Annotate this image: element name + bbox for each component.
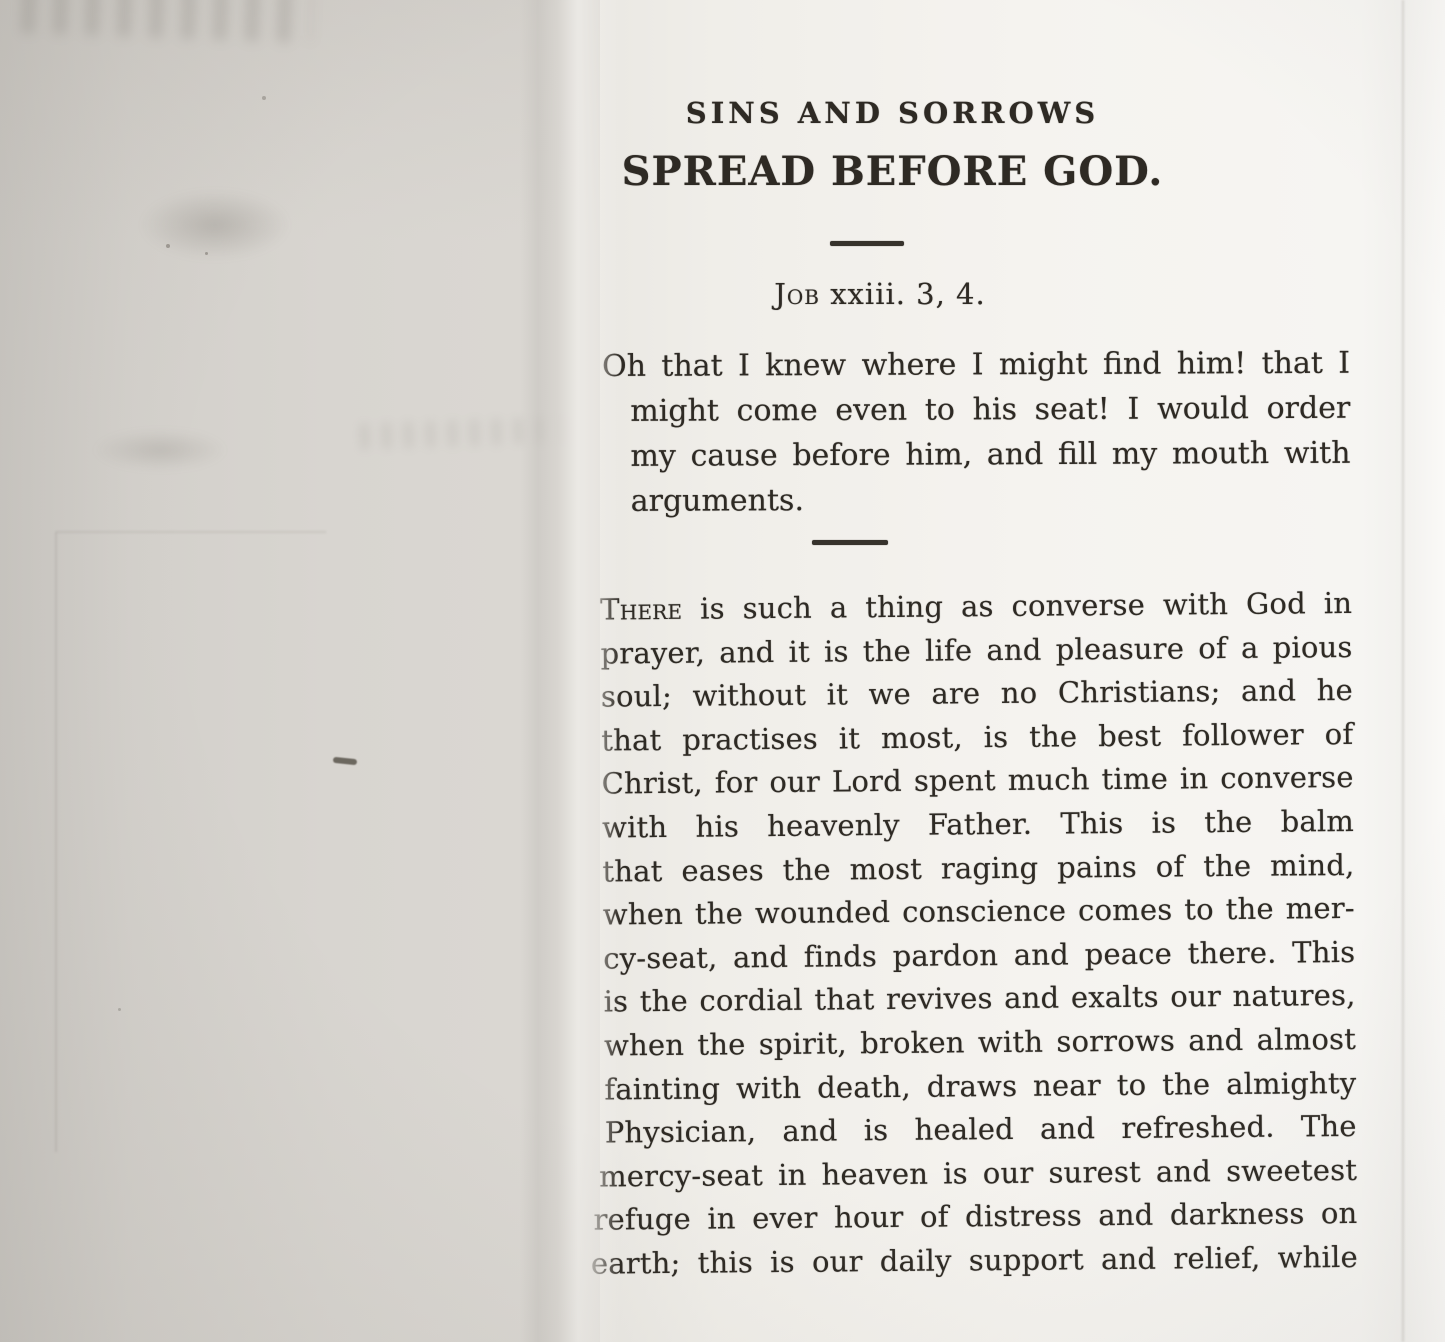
- paper-speck: [166, 244, 170, 248]
- body-text-line: is the cordial that revives and exalts o…: [603, 974, 1355, 1024]
- body-text-line: cy-seat, and finds pardon and peace ther…: [603, 931, 1355, 981]
- body-text-line-rest: is such a thing as converse with God in: [682, 586, 1352, 626]
- epigraph-line: arguments.: [603, 476, 1351, 524]
- scripture-reference: Job xxiii. 3, 4.: [600, 277, 1160, 311]
- book-page-photo: SINS AND SORROWS SPREAD BEFORE GOD. Job …: [0, 0, 1445, 1342]
- page-title: SPREAD BEFORE GOD.: [600, 148, 1185, 195]
- showthrough-frame-horizontal: [56, 531, 326, 533]
- body-text-line: that eases the most raging pains of the …: [602, 844, 1354, 894]
- scripture-book: Job: [774, 277, 820, 311]
- body-text-line: There is such a thing as converse with G…: [600, 582, 1352, 632]
- showthrough-smudge-low: [95, 430, 225, 470]
- series-title: SINS AND SORROWS: [600, 96, 1185, 130]
- divider-rule-middle: [812, 540, 888, 545]
- body-text-line: Christ, for our Lord spent much time in …: [602, 756, 1354, 806]
- left-facing-page: [0, 0, 600, 1342]
- body-text-line: earth; this is our daily support and rel…: [606, 1236, 1358, 1286]
- body-text-line: that practises it most, is the best foll…: [601, 713, 1353, 763]
- body-text-line: prayer, and it is the life and pleasure …: [600, 626, 1352, 676]
- body-text-line: fainting with death, draws near to the a…: [604, 1061, 1356, 1111]
- paper-speck: [205, 252, 208, 255]
- scripture-citation: xxiii. 3, 4.: [820, 277, 986, 311]
- epigraph-line: my cause before him, and fill my mouth w…: [602, 431, 1350, 479]
- body-paragraph: There is such a thing as converse with G…: [600, 582, 1358, 1286]
- body-text-line: when the spirit, broken with sorrows and…: [604, 1018, 1356, 1068]
- showthrough-text-streak: [360, 416, 571, 449]
- page-edge-line: [1402, 0, 1404, 1342]
- showthrough-smudge-top: [21, 0, 313, 43]
- body-text-line: soul; without it we are no Christians; a…: [601, 669, 1353, 719]
- body-text-line: refuge in ever hour of distress and dark…: [605, 1192, 1357, 1242]
- epigraph-line: might come even to his seat! I would ord…: [602, 386, 1350, 434]
- body-text-line: with his heavenly Father. This is the ba…: [602, 800, 1354, 850]
- showthrough-smudge-mid: [140, 190, 290, 260]
- divider-rule-top: [830, 241, 904, 246]
- lead-word: There: [600, 592, 682, 627]
- page-heading: SINS AND SORROWS SPREAD BEFORE GOD.: [600, 96, 1185, 195]
- ink-dash-mark: [333, 757, 357, 765]
- body-text-line: Physician, and is healed and refreshed. …: [605, 1105, 1357, 1155]
- epigraph: Oh that I knew where I might find him! t…: [602, 341, 1351, 524]
- epigraph-line: Oh that I knew where I might find him! t…: [602, 341, 1350, 389]
- body-text-line: when the wounded conscience comes to the…: [603, 887, 1355, 937]
- showthrough-frame-vertical: [55, 532, 57, 1152]
- body-text-line: mercy-seat in heaven is our surest and s…: [605, 1149, 1357, 1199]
- paper-speck: [118, 1008, 121, 1011]
- paper-speck: [262, 96, 266, 100]
